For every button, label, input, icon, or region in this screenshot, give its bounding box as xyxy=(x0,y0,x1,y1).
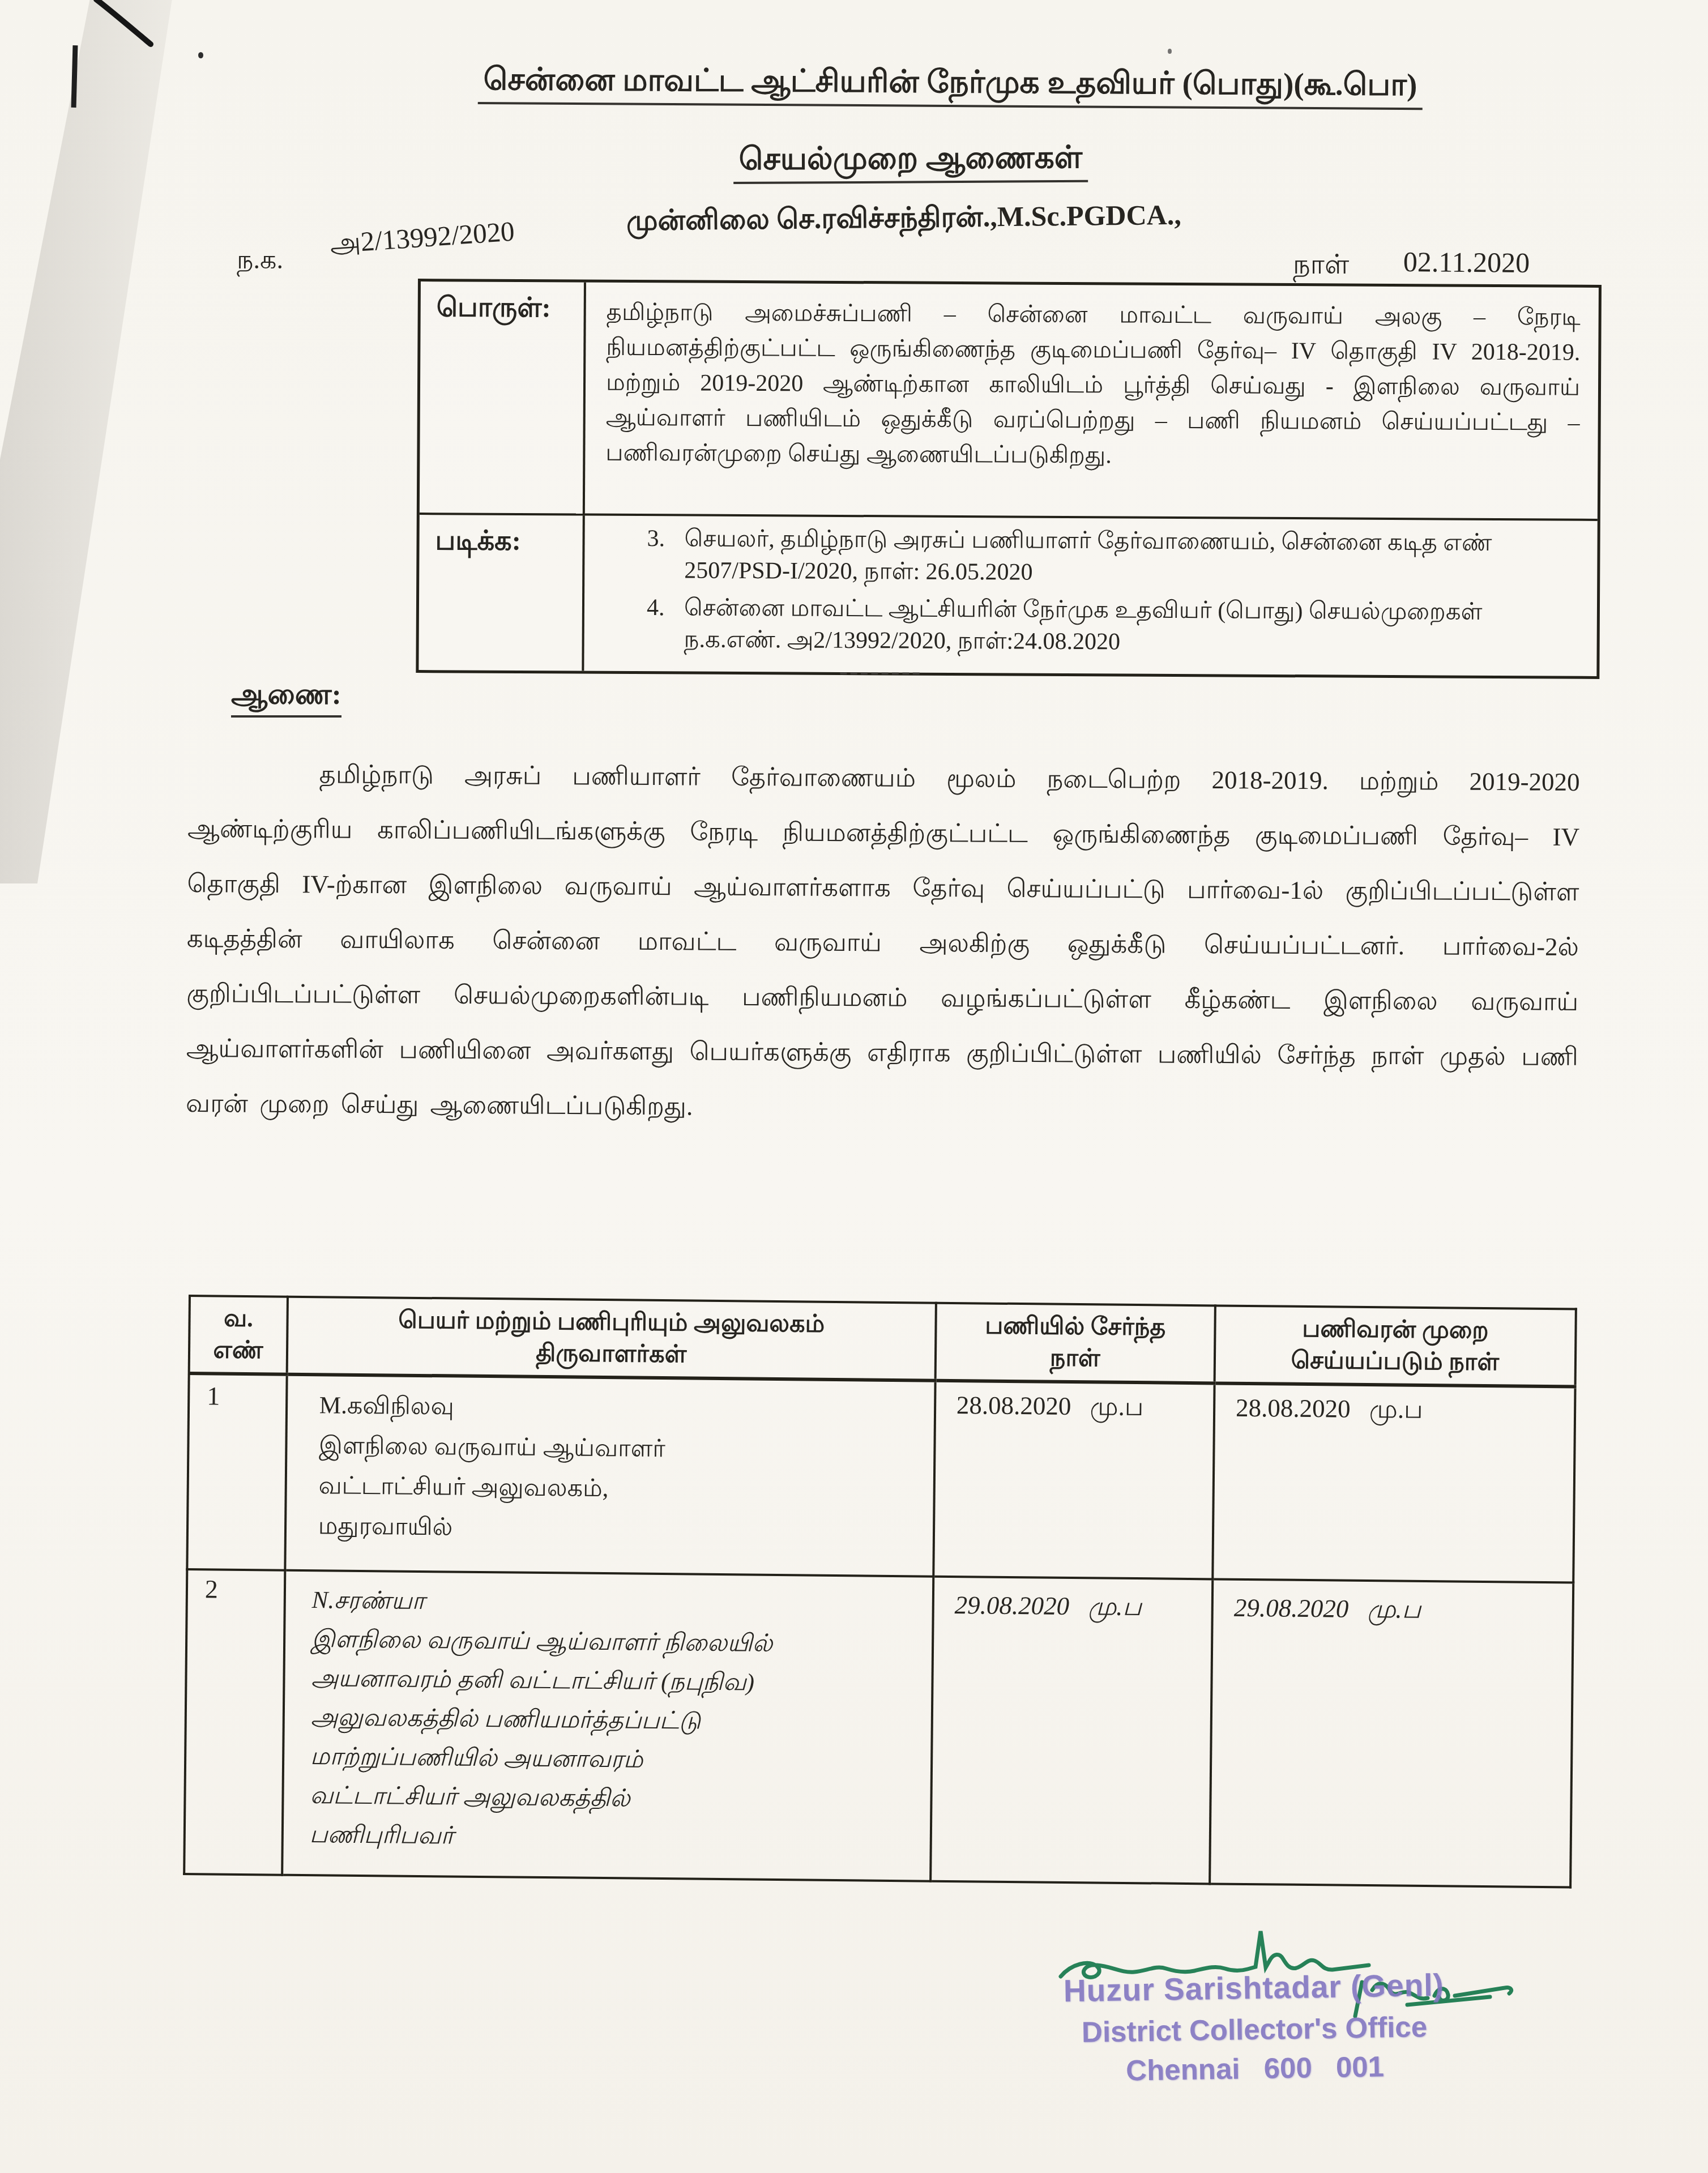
header-line: திருவாளர்கள் xyxy=(292,1335,931,1373)
office-stamp: Huzur Sarishtadar (Genl) District Collec… xyxy=(984,1966,1524,2090)
scan-pen-mark xyxy=(85,0,164,52)
subject-text: தமிழ்நாடு அமைச்சுப்பணி – சென்னை மாவட்ட வ… xyxy=(585,283,1599,521)
name-line: வட்டாட்சியர் அலுவலகத்தில் xyxy=(310,1776,924,1821)
date-value: 02.11.2020 xyxy=(1403,245,1530,279)
scanned-order-document: சென்னை மாவட்ட ஆட்சியரின் நேர்முக உதவியர்… xyxy=(0,0,1708,2173)
row-joining-date: 28.08.2020 மு.ப xyxy=(933,1381,1215,1579)
date-label: நாள் xyxy=(1293,249,1349,284)
col-header-regularisation-date: பணிவரன் முறை செய்யப்படும் நாள் xyxy=(1215,1305,1576,1386)
name-line: அலுவலகத்தில் பணியமர்த்தப்பட்டு xyxy=(310,1698,924,1743)
scan-dot-artifact-2 xyxy=(1168,49,1172,54)
read-item: 4. சென்னை மாவட்ட ஆட்சியரின் நேர்முக உதவி… xyxy=(597,592,1583,660)
name-line: மதுரவாயில் xyxy=(318,1506,926,1552)
row-regularisation-date: 29.08.2020 மு.ப xyxy=(1210,1579,1573,1887)
order-heading: ஆணை: xyxy=(231,678,341,715)
presence-line-text: முன்னிலை செ.ரவிச்சந்திரன்.,M.Sc.PGDCA., xyxy=(626,199,1181,236)
presence-line: முன்னிலை செ.ரவிச்சந்திரன்.,M.Sc.PGDCA., xyxy=(0,193,1708,247)
document-subtitle: செயல்முறை ஆணைகள் xyxy=(0,136,1708,185)
row-sno: 2 xyxy=(184,1569,285,1875)
name-line: M.கவிநிலவு xyxy=(319,1385,928,1431)
read-item-text: செயலர், தமிழ்நாடு அரசுப் பணியாளர் தேர்வா… xyxy=(684,523,1583,591)
document-title: சென்னை மாவட்ட ஆட்சியரின் நேர்முக உதவியர்… xyxy=(0,58,1708,109)
header-line: பணியில் சேர்ந்த xyxy=(940,1310,1211,1344)
row-name-office: N.சரண்யா இளநிலை வருவாய் ஆய்வாளர் நிலையில… xyxy=(282,1570,933,1881)
row-name-office: M.கவிநிலவு இளநிலை வருவாய் ஆய்வாளர் வட்டா… xyxy=(285,1374,935,1577)
read-item: 3. செயலர், தமிழ்நாடு அரசுப் பணியாளர் தேர… xyxy=(597,523,1583,591)
stamp-city: Chennai 600 001 xyxy=(986,2048,1525,2090)
subject-label: பொருள்: xyxy=(420,281,586,516)
scan-dot-artifact xyxy=(198,52,203,58)
read-item-number: 4. xyxy=(647,592,685,655)
header-line: நாள் xyxy=(940,1342,1210,1376)
header-line: வ. xyxy=(194,1303,283,1335)
name-line: பணிபுரிபவர் xyxy=(309,1815,923,1860)
order-body-paragraph: தமிழ்நாடு அரசுப் பணியாளர் தேர்வாணையம் மூ… xyxy=(186,746,1580,1139)
separator-dashes: -------- xyxy=(787,656,974,686)
stamp-designation: Huzur Sarishtadar (Genl) xyxy=(984,1966,1523,2010)
name-line: வட்டாட்சியர் அலுவலகம், xyxy=(318,1466,926,1512)
table-header-row: வ. எண் பெயர் மற்றும் பணிபுரியும் அலுவலகம… xyxy=(189,1296,1576,1386)
read-list: 3. செயலர், தமிழ்நாடு அரசுப் பணியாளர் தேர… xyxy=(584,516,1597,676)
read-label: படிக்க: xyxy=(419,515,584,671)
read-item-number: 3. xyxy=(647,523,685,586)
subject-read-box: பொருள்: தமிழ்நாடு அமைச்சுப்பணி – சென்னை … xyxy=(416,279,1602,679)
document-title-text: சென்னை மாவட்ட ஆட்சியரின் நேர்முக உதவியர்… xyxy=(477,62,1423,110)
col-header-sno: வ. எண் xyxy=(189,1296,288,1374)
row-joining-date: 29.08.2020 மு.ப xyxy=(930,1577,1212,1884)
name-line: இளநிலை வருவாய் ஆய்வாளர் நிலையில் xyxy=(311,1620,925,1664)
header-line: எண் xyxy=(194,1334,283,1367)
row-regularisation-date: 28.08.2020 மு.ப xyxy=(1212,1383,1575,1582)
order-heading-text: ஆணை: xyxy=(231,679,341,718)
col-header-joining-date: பணியில் சேர்ந்த நாள் xyxy=(935,1303,1215,1384)
table-row: 2 N.சரண்யா இளநிலை வருவாய் ஆய்வாளர் நிலைய… xyxy=(184,1569,1573,1887)
header-line: செய்யப்படும் நாள் xyxy=(1219,1344,1571,1379)
name-line: மாற்றுப்பணியில் அயனாவரம் xyxy=(310,1737,924,1782)
reference-number-label: ந.க. xyxy=(237,245,283,279)
row-sno: 1 xyxy=(187,1373,287,1570)
col-header-name-office: பெயர் மற்றும் பணிபுரியும் அலுவலகம் திருவ… xyxy=(287,1297,936,1381)
header-line: பெயர் மற்றும் பணிபுரியும் அலுவலகம் xyxy=(292,1304,931,1342)
table-row: 1 M.கவிநிலவு இளநிலை வருவாய் ஆய்வாளர் வட்… xyxy=(187,1373,1575,1582)
stamp-office: District Collector's Office xyxy=(985,2009,1524,2051)
name-line: இளநிலை வருவாய் ஆய்வாளர் xyxy=(319,1425,927,1471)
read-item-text: சென்னை மாவட்ட ஆட்சியரின் நேர்முக உதவியர்… xyxy=(684,592,1583,660)
header-line: பணிவரன் முறை xyxy=(1219,1312,1571,1347)
name-line: அயனாவரம் தனி வட்டாட்சியர் (நபுநிவ) xyxy=(311,1659,925,1704)
name-line: N.சரண்யா xyxy=(311,1581,925,1625)
document-subtitle-text: செயல்முறை ஆணைகள் xyxy=(733,140,1088,184)
regularisation-table: வ. எண் பெயர் மற்றும் பணிபுரியும் அலுவலகம… xyxy=(183,1295,1577,1888)
